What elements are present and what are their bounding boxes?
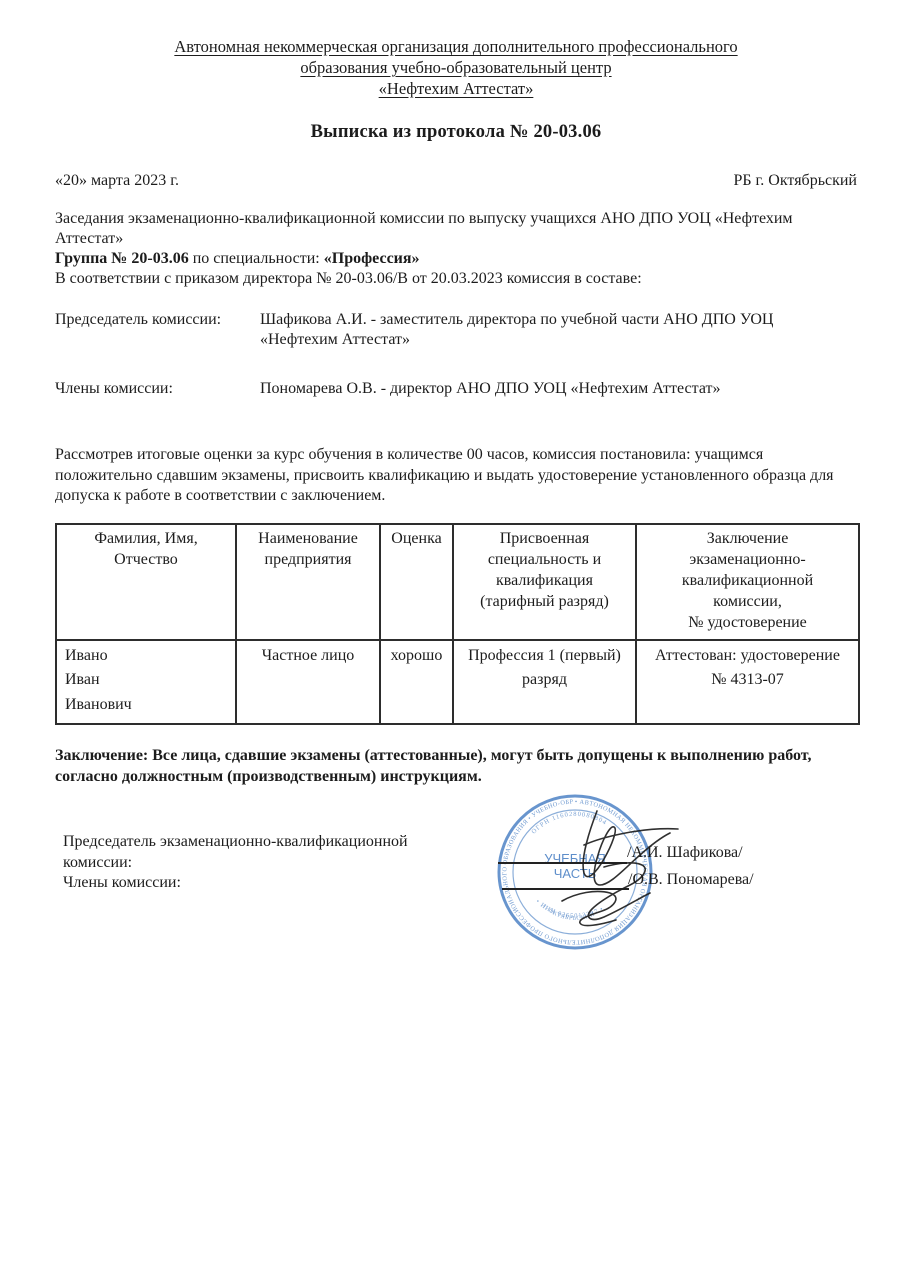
results-table-body: Ивано Иван Иванович Частное лицо хорошо … xyxy=(56,640,859,725)
commission-chair-row: Председатель комиссии: Шафикова А.И. - з… xyxy=(55,310,857,350)
intro-section: Заседания экзаменационно-квалификационно… xyxy=(55,209,857,289)
commission-members-row: Члены комиссии: Пономарева О.В. - директ… xyxy=(55,379,857,399)
org-name-line3: «Нефтехим Аттестат» xyxy=(379,79,534,98)
svg-text:ОГРН 1160280080804: ОГРН 1160280080804 xyxy=(530,811,608,836)
cell-student-name: Ивано Иван Иванович xyxy=(56,640,236,725)
document-title: Выписка из протокола № 20-03.06 xyxy=(55,122,857,143)
stamp-center-line2: ЧАСТЬ xyxy=(554,866,596,881)
document-date: «20» марта 2023 г. xyxy=(55,172,179,190)
org-name-line1: Автономная некоммерческая организация до… xyxy=(174,37,737,56)
header-row: Фамилия, Имя, Отчество Наименование пред… xyxy=(56,524,859,640)
results-table-head: Фамилия, Имя, Отчество Наименование пред… xyxy=(56,524,859,640)
commission-section: Председатель комиссии: Шафикова А.И. - з… xyxy=(55,310,857,399)
cell-enterprise: Частное лицо xyxy=(236,640,380,725)
signature-line-chair xyxy=(498,862,627,864)
col-header-grade: Оценка xyxy=(380,524,453,640)
members-label: Члены комиссии: xyxy=(55,379,260,399)
col-header-conclusion: Заключение экзаменационно- квалификацион… xyxy=(636,524,859,640)
resolution-paragraph: Рассмотрев итоговые оценки за курс обуче… xyxy=(55,445,857,507)
signature-section: Председатель экзаменационно-квалификацио… xyxy=(55,831,857,1031)
signature-line-members xyxy=(502,888,629,890)
chair-signature-name: /А.И. Шафикова/ xyxy=(627,844,743,862)
session-description: Заседания экзаменационно-квалификационно… xyxy=(55,209,857,249)
date-place-row: «20» марта 2023 г. РБ г. Октябрьский xyxy=(55,172,857,190)
conclusion-paragraph: Заключение: Все лица, сдавшие экзамены (… xyxy=(55,746,857,787)
signature-chair-label: Председатель экзаменационно-квалификацио… xyxy=(63,831,408,873)
cell-conclusion: Аттестован: удостоверение № 4313-07 xyxy=(636,640,859,725)
organization-header: Автономная некоммерческая организация до… xyxy=(55,36,857,99)
group-middle-text: по специальности: xyxy=(189,250,324,267)
members-value: Пономарева О.В. - директор АНО ДПО УОЦ «… xyxy=(260,379,721,399)
group-speciality: «Профессия» xyxy=(324,250,420,267)
stamp-ogrn-text: ОГРН 1160280080804 xyxy=(530,811,608,836)
col-header-speciality: Присвоенная специальность и квалификация… xyxy=(453,524,636,640)
members-signature-name: /О.В. Пономарева/ xyxy=(628,871,754,889)
chair-value: Шафикова А.И. - заместитель директора по… xyxy=(260,310,808,350)
cell-speciality: Профессия 1 (первый) разряд xyxy=(453,640,636,725)
results-table: Фамилия, Имя, Отчество Наименование пред… xyxy=(55,523,860,726)
signature-members-label: Члены комиссии: xyxy=(63,872,181,893)
table-row: Ивано Иван Иванович Частное лицо хорошо … xyxy=(56,640,859,725)
cell-grade: хорошо xyxy=(380,640,453,725)
chair-label: Председатель комиссии: xyxy=(55,310,260,350)
document-place: РБ г. Октябрьский xyxy=(733,172,857,190)
group-number: Группа № 20-03.06 xyxy=(55,250,189,267)
document-page: Автономная некоммерческая организация до… xyxy=(0,0,905,1280)
group-line: Группа № 20-03.06 по специальности: «Про… xyxy=(55,249,857,269)
col-header-enterprise: Наименование предприятия xyxy=(236,524,380,640)
col-header-name: Фамилия, Имя, Отчество xyxy=(56,524,236,640)
order-reference: В соответствии с приказом директора № 20… xyxy=(55,269,857,289)
org-name-line2: образования учебно-образовательный центр xyxy=(300,58,611,77)
